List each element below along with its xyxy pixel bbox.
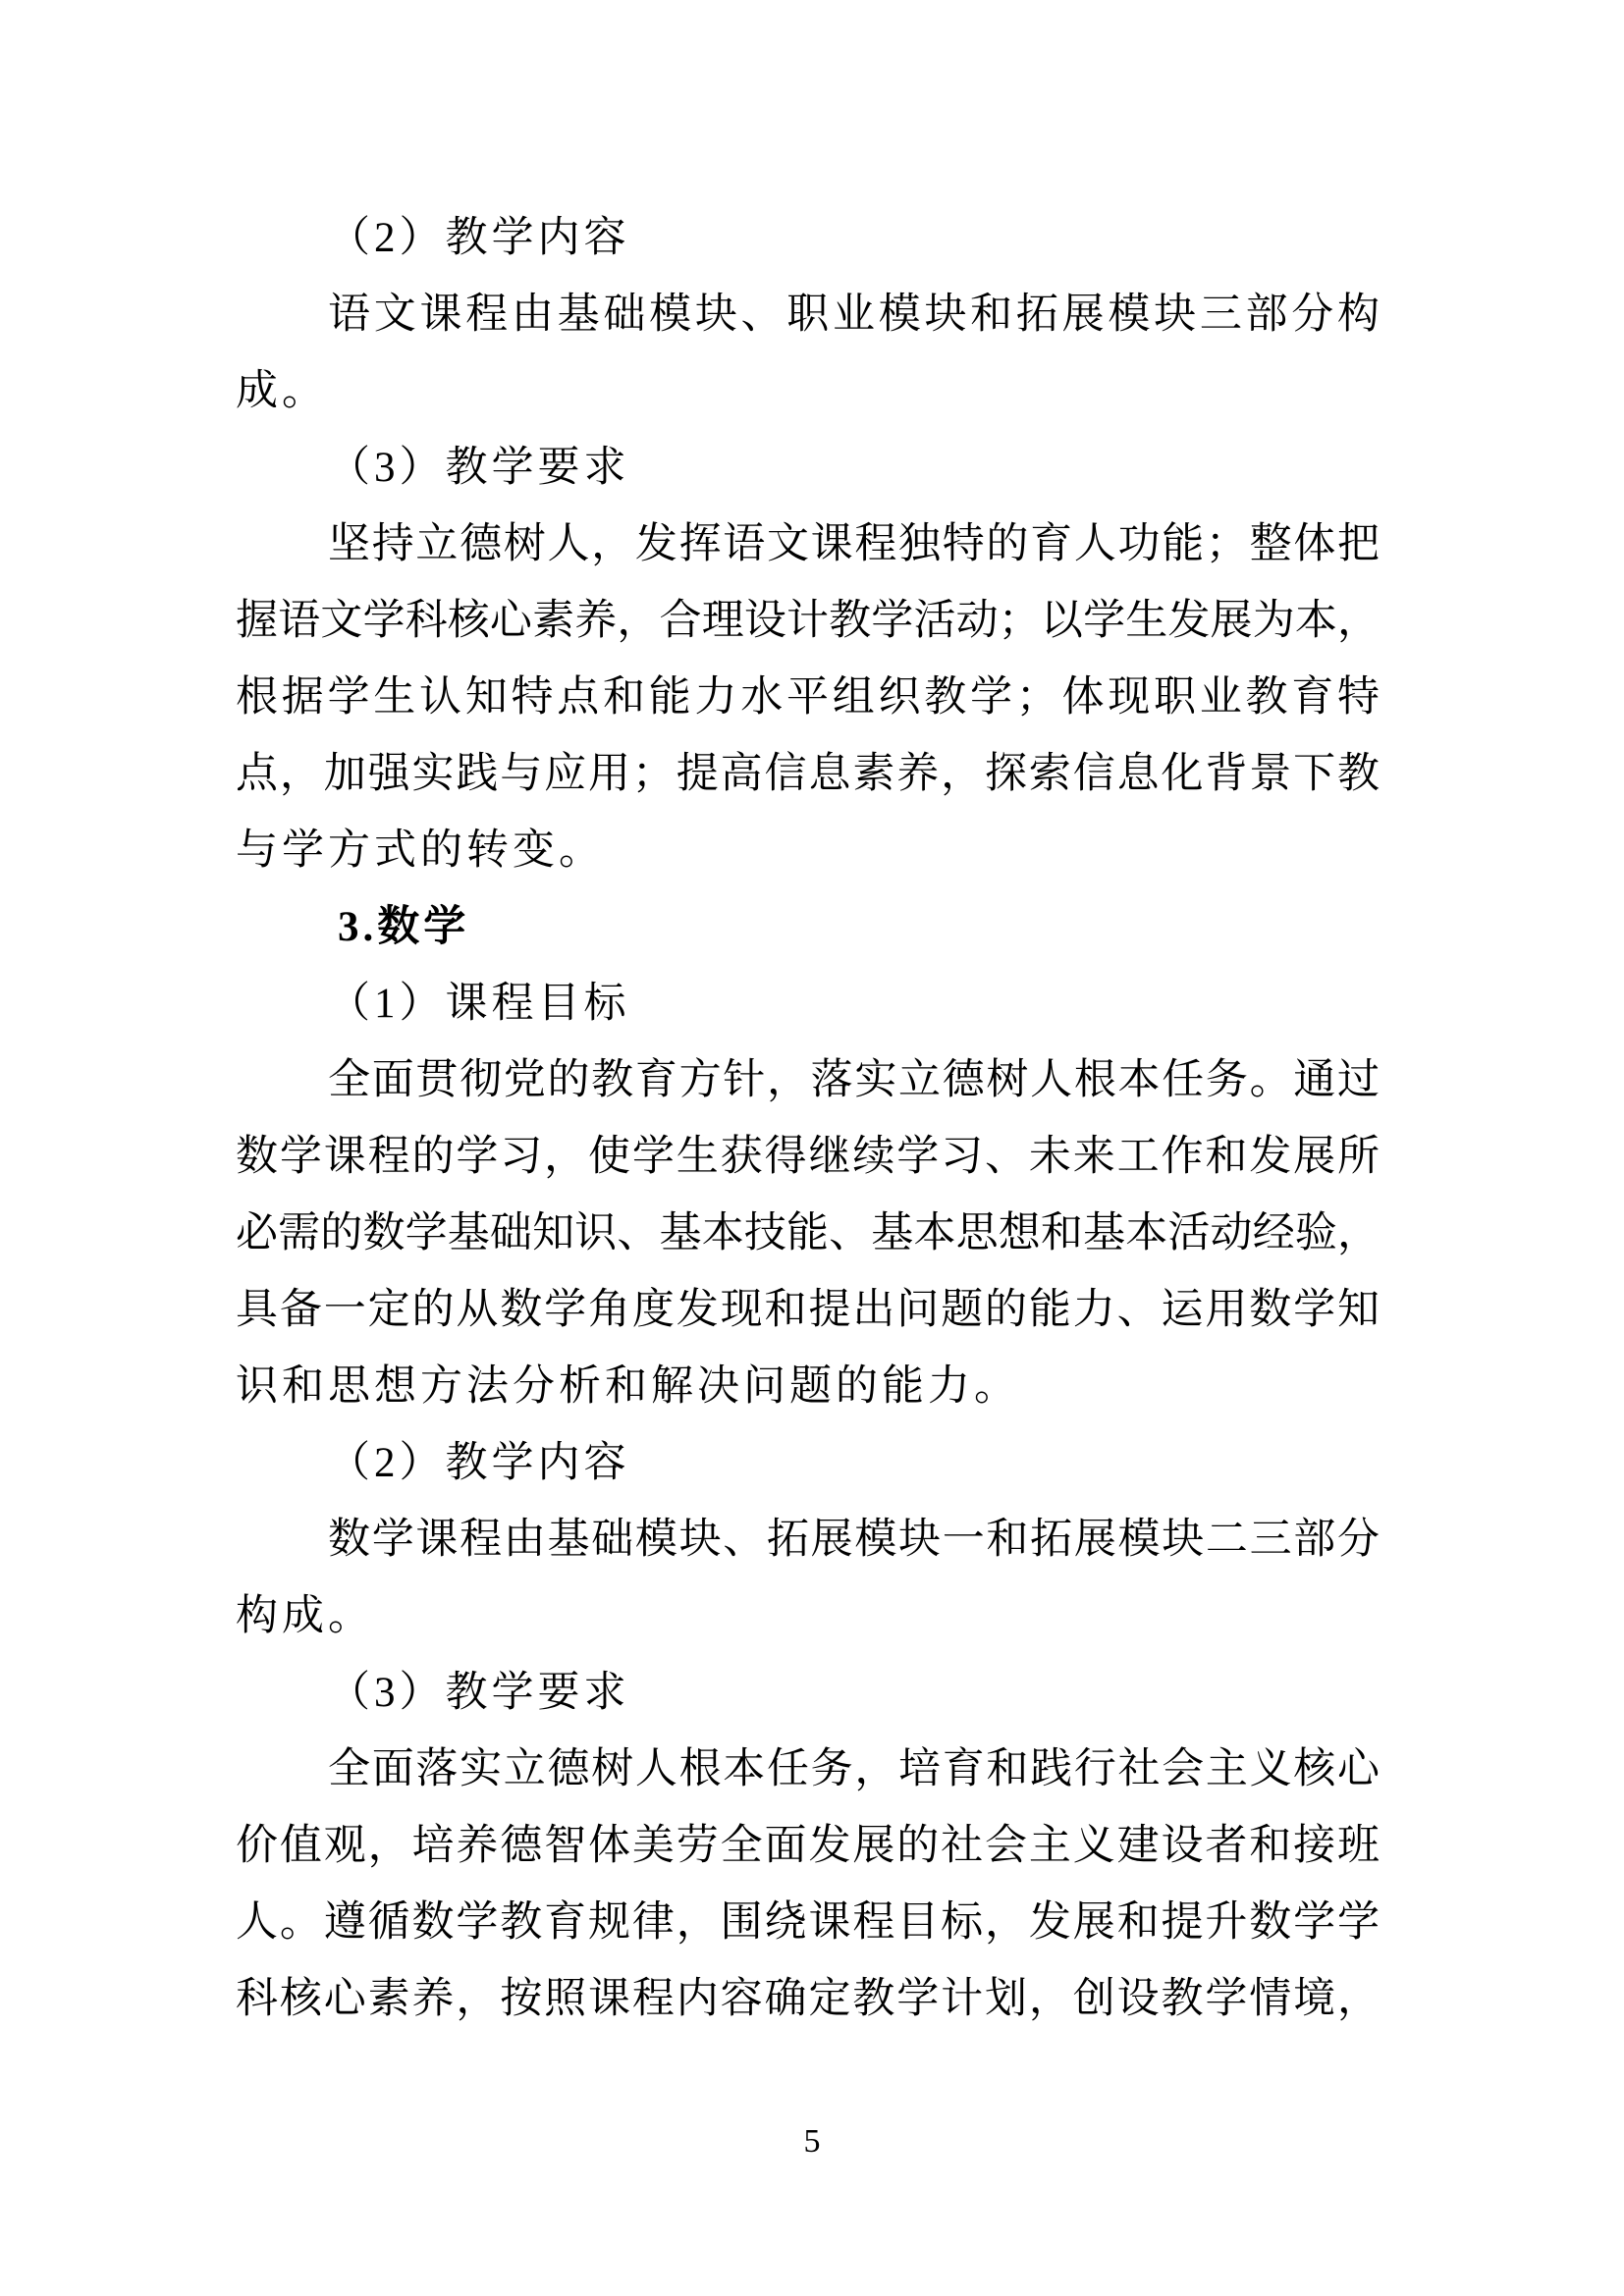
text-line: 数学课程由基础模块、拓展模块一和拓展模块二三部分 [236, 1502, 1380, 1578]
document-page: （2）教学内容语文课程由基础模块、职业模块和拓展模块三部分构成。（3）教学要求坚… [0, 0, 1624, 2296]
text-line: （3）教学要求 [236, 430, 1380, 507]
text-line: 人。遵循数学教育规律，围绕课程目标，发展和提升数学学 [236, 1885, 1380, 1961]
text-line: 全面贯彻党的教育方针，落实立德树人根本任务。通过 [236, 1042, 1380, 1119]
document-body: （2）教学内容语文课程由基础模块、职业模块和拓展模块三部分构成。（3）教学要求坚… [236, 200, 1380, 2038]
text-line: 根据学生认知特点和能力水平组织教学；体现职业教育特 [236, 660, 1380, 736]
text-line: 必需的数学基础知识、基本技能、基本思想和基本活动经验， [236, 1196, 1380, 1272]
text-line: 语文课程由基础模块、职业模块和拓展模块三部分构 [236, 277, 1380, 353]
section-heading: 3.数学 [236, 889, 1380, 966]
text-line: 价值观，培养德智体美劳全面发展的社会主义建设者和接班 [236, 1808, 1380, 1885]
text-line: 坚持立德树人，发挥语文课程独特的育人功能；整体把 [236, 507, 1380, 583]
text-line: （3）教学要求 [236, 1655, 1380, 1732]
text-line: 数学课程的学习，使学生获得继续学习、未来工作和发展所 [236, 1119, 1380, 1196]
text-line: 握语文学科核心素养，合理设计教学活动；以学生发展为本， [236, 583, 1380, 660]
text-line: 与学方式的转变。 [236, 813, 1380, 889]
text-line: 具备一定的从数学角度发现和提出问题的能力、运用数学知 [236, 1272, 1380, 1349]
text-line: 科核心素养，按照课程内容确定教学计划，创设教学情境， [236, 1961, 1380, 2038]
text-line: 点，加强实践与应用；提高信息素养，探索信息化背景下教 [236, 736, 1380, 813]
text-line: （2）教学内容 [236, 200, 1380, 277]
text-line: 构成。 [236, 1578, 1380, 1655]
text-line: （2）教学内容 [236, 1425, 1380, 1502]
text-line: 成。 [236, 353, 1380, 430]
text-line: （1）课程目标 [236, 966, 1380, 1042]
text-line: 识和思想方法分析和解决问题的能力。 [236, 1349, 1380, 1425]
page-number: 5 [0, 2122, 1624, 2162]
text-line: 全面落实立德树人根本任务，培育和践行社会主义核心 [236, 1732, 1380, 1808]
